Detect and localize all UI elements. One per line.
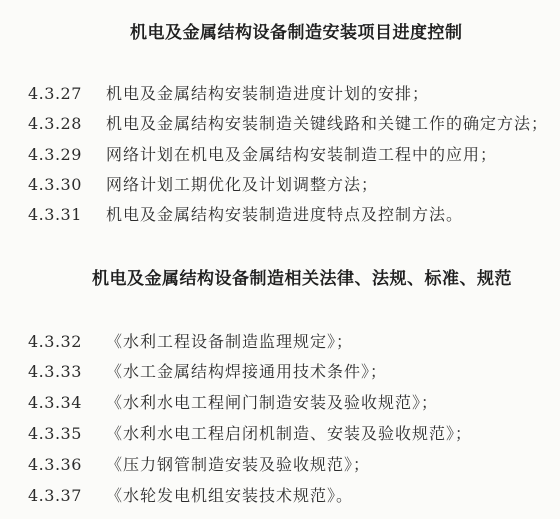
item-number: 4.3.28 <box>28 114 106 134</box>
list-item: 4.3.31机电及金属结构安装制造进度特点及控制方法。 <box>28 205 463 225</box>
item-number: 4.3.30 <box>28 175 106 195</box>
section-heading-progress-control: 机电及金属结构设备制造安装项目进度控制 <box>130 18 560 43</box>
list-item: 4.3.35《水利水电工程启闭机制造、安装及验收规范》； <box>28 424 472 444</box>
item-text: 《水工金属结构焊接通用技术条件》； <box>106 362 387 381</box>
section-heading-laws-standards: 机电及金属结构设备制造相关法律、法规、标准、规范 <box>92 264 560 289</box>
list-item: 4.3.33《水工金属结构焊接通用技术条件》； <box>28 362 387 382</box>
item-text: 网络计划在机电及金属结构安装制造工程中的应用； <box>106 145 497 164</box>
item-number: 4.3.27 <box>28 84 106 104</box>
item-text: 《水利水电工程闸门制造安装及验收规范》； <box>106 393 438 412</box>
item-text: 《水利工程设备制造监理规定》； <box>106 332 353 351</box>
item-text: 机电及金属结构安装制造进度计划的安排； <box>106 84 429 103</box>
item-number: 4.3.31 <box>28 205 106 225</box>
item-number: 4.3.29 <box>28 145 106 165</box>
list-item: 4.3.36《压力钢管制造安装及验收规范》； <box>28 455 370 475</box>
item-text: 网络计划工期优化及计划调整方法； <box>106 175 378 194</box>
item-number: 4.3.36 <box>28 455 106 475</box>
item-text: 《水利水电工程启闭机制造、安装及验收规范》； <box>106 424 472 443</box>
list-item: 4.3.29网络计划在机电及金属结构安装制造工程中的应用； <box>28 145 497 165</box>
list-item: 4.3.37《水轮发电机组安装技术规范》。 <box>28 486 353 506</box>
item-text: 《压力钢管制造安装及验收规范》； <box>106 455 370 474</box>
item-text: 《水轮发电机组安装技术规范》。 <box>106 486 353 505</box>
list-item: 4.3.30网络计划工期优化及计划调整方法； <box>28 175 378 195</box>
item-text: 机电及金属结构安装制造关键线路和关键工作的确定方法； <box>106 114 548 133</box>
list-item: 4.3.34《水利水电工程闸门制造安装及验收规范》； <box>28 393 438 413</box>
item-number: 4.3.32 <box>28 332 106 352</box>
list-item: 4.3.27机电及金属结构安装制造进度计划的安排； <box>28 84 429 104</box>
item-number: 4.3.34 <box>28 393 106 413</box>
item-number: 4.3.37 <box>28 486 106 506</box>
item-number: 4.3.33 <box>28 362 106 382</box>
item-text: 机电及金属结构安装制造进度特点及控制方法。 <box>106 205 463 224</box>
list-item: 4.3.32《水利工程设备制造监理规定》； <box>28 332 353 352</box>
item-number: 4.3.35 <box>28 424 106 444</box>
list-item: 4.3.28机电及金属结构安装制造关键线路和关键工作的确定方法； <box>28 114 548 134</box>
